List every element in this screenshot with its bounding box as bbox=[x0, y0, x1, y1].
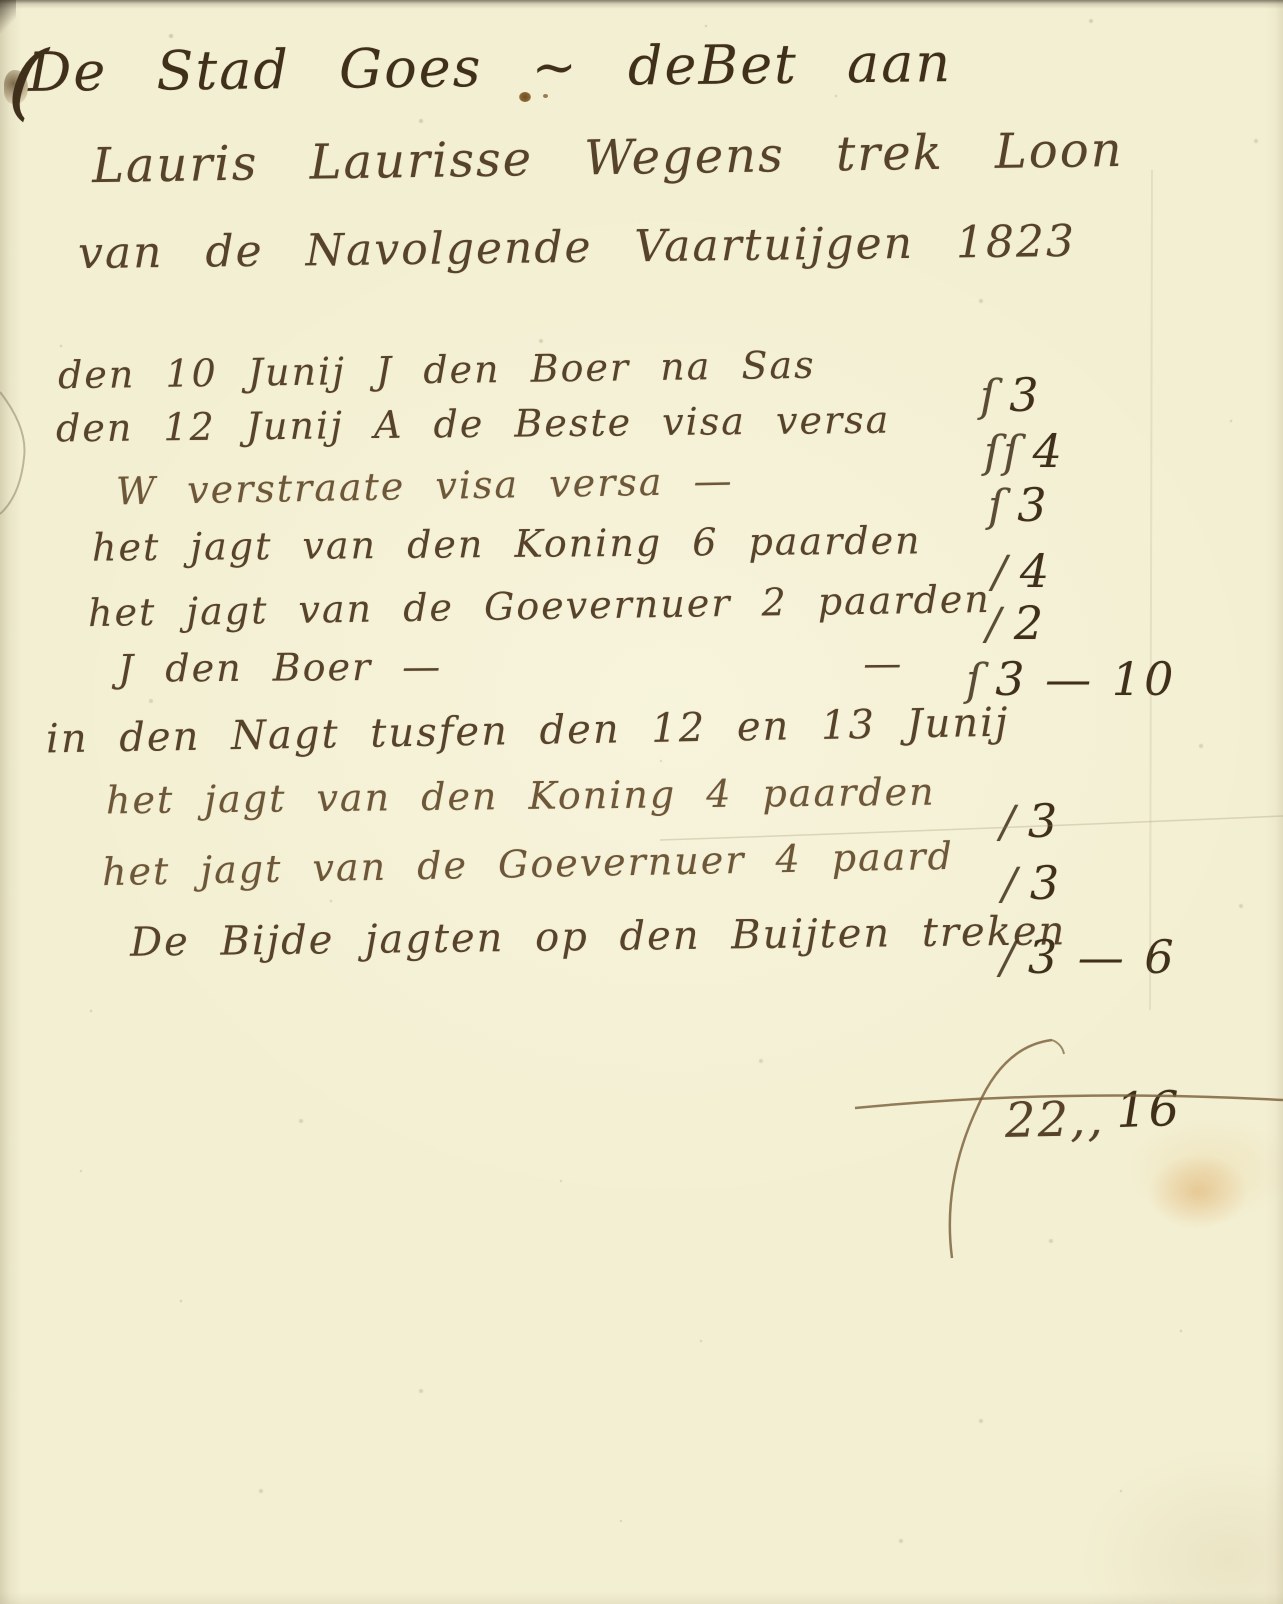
slash-mark: / bbox=[992, 547, 1020, 598]
entry-amount: ſſ4 bbox=[984, 424, 1065, 478]
entry-amount: /3 bbox=[1000, 794, 1060, 848]
entry-amount: ſ3 bbox=[988, 478, 1050, 532]
florin-mark: ſ bbox=[980, 371, 1009, 422]
slash-mark: / bbox=[1000, 797, 1028, 848]
vertical-crease bbox=[1150, 170, 1152, 1010]
slash-mark: / bbox=[1002, 859, 1030, 910]
entry-text: De Bijde jagten op den Buijten treken bbox=[130, 908, 1067, 965]
entry-text: W verstraate visa versa — bbox=[116, 459, 734, 514]
entry-text: het jagt van den Koning 6 paarden bbox=[92, 518, 922, 569]
header-line-2: Lauris Laurisse Wegens trek Loon bbox=[92, 122, 1124, 194]
amount-value: 3 bbox=[1017, 478, 1049, 532]
manuscript-page: ( De Stad Goes ~ deBet aan Lauris Lauris… bbox=[0, 0, 1283, 1604]
paper-notch-line bbox=[0, 392, 25, 514]
amount-value: 3 bbox=[1028, 794, 1060, 848]
header-line-3: van de Navolgende Vaartuijgen 1823 bbox=[78, 216, 1077, 279]
florin-mark: ſſ bbox=[984, 427, 1033, 478]
amount-value: 3 — 10 bbox=[995, 652, 1176, 706]
amount-value: 3 bbox=[1009, 368, 1041, 422]
amount-value: 4 bbox=[1033, 424, 1065, 478]
torn-corner-mark bbox=[0, 0, 16, 34]
entry-amount: ſ3 bbox=[980, 368, 1042, 422]
entry-text: het jagt van den Koning 4 paarden bbox=[106, 770, 936, 823]
slash-mark: / bbox=[1000, 933, 1028, 984]
total-stuivers: 16 bbox=[1115, 1081, 1182, 1139]
entry-amount: /2 bbox=[986, 596, 1046, 650]
entry-text: in den Nagt tusfen den 12 en 13 Junij bbox=[46, 700, 1010, 763]
amount-value: 4 bbox=[1020, 544, 1052, 598]
entry-text: den 12 Junij A de Beste visa versa bbox=[56, 398, 891, 451]
entry-amount: ſ3 — 10 bbox=[966, 652, 1176, 706]
total-brace bbox=[950, 1040, 1052, 1258]
entry-text: den 10 Junij J den Boer na Sas bbox=[58, 343, 816, 398]
amount-value: 3 bbox=[1030, 856, 1062, 910]
entry-text: het jagt van de Goevernuer 4 paard bbox=[102, 834, 955, 894]
entry-amount: /3 bbox=[1002, 856, 1062, 910]
entry-amount: /4 bbox=[992, 544, 1052, 598]
florin-mark: ſ bbox=[988, 481, 1017, 532]
header-line-1: De Stad Goes ~ deBet aan bbox=[28, 31, 953, 104]
total-guilders: 22,, bbox=[1005, 1091, 1106, 1149]
total-brace-hook bbox=[1052, 1040, 1064, 1054]
slash-mark: / bbox=[986, 599, 1014, 650]
entry-text: het jagt van de Goevernuer 2 paarden bbox=[88, 577, 991, 635]
entry-amount: /3 — 6 bbox=[1000, 930, 1177, 984]
fold-crease bbox=[660, 816, 1283, 840]
florin-mark: ſ bbox=[966, 655, 995, 706]
amount-value: 3 — 6 bbox=[1028, 930, 1177, 984]
entry-text: J den Boer — — bbox=[118, 641, 904, 690]
amount-value: 2 bbox=[1014, 596, 1046, 650]
